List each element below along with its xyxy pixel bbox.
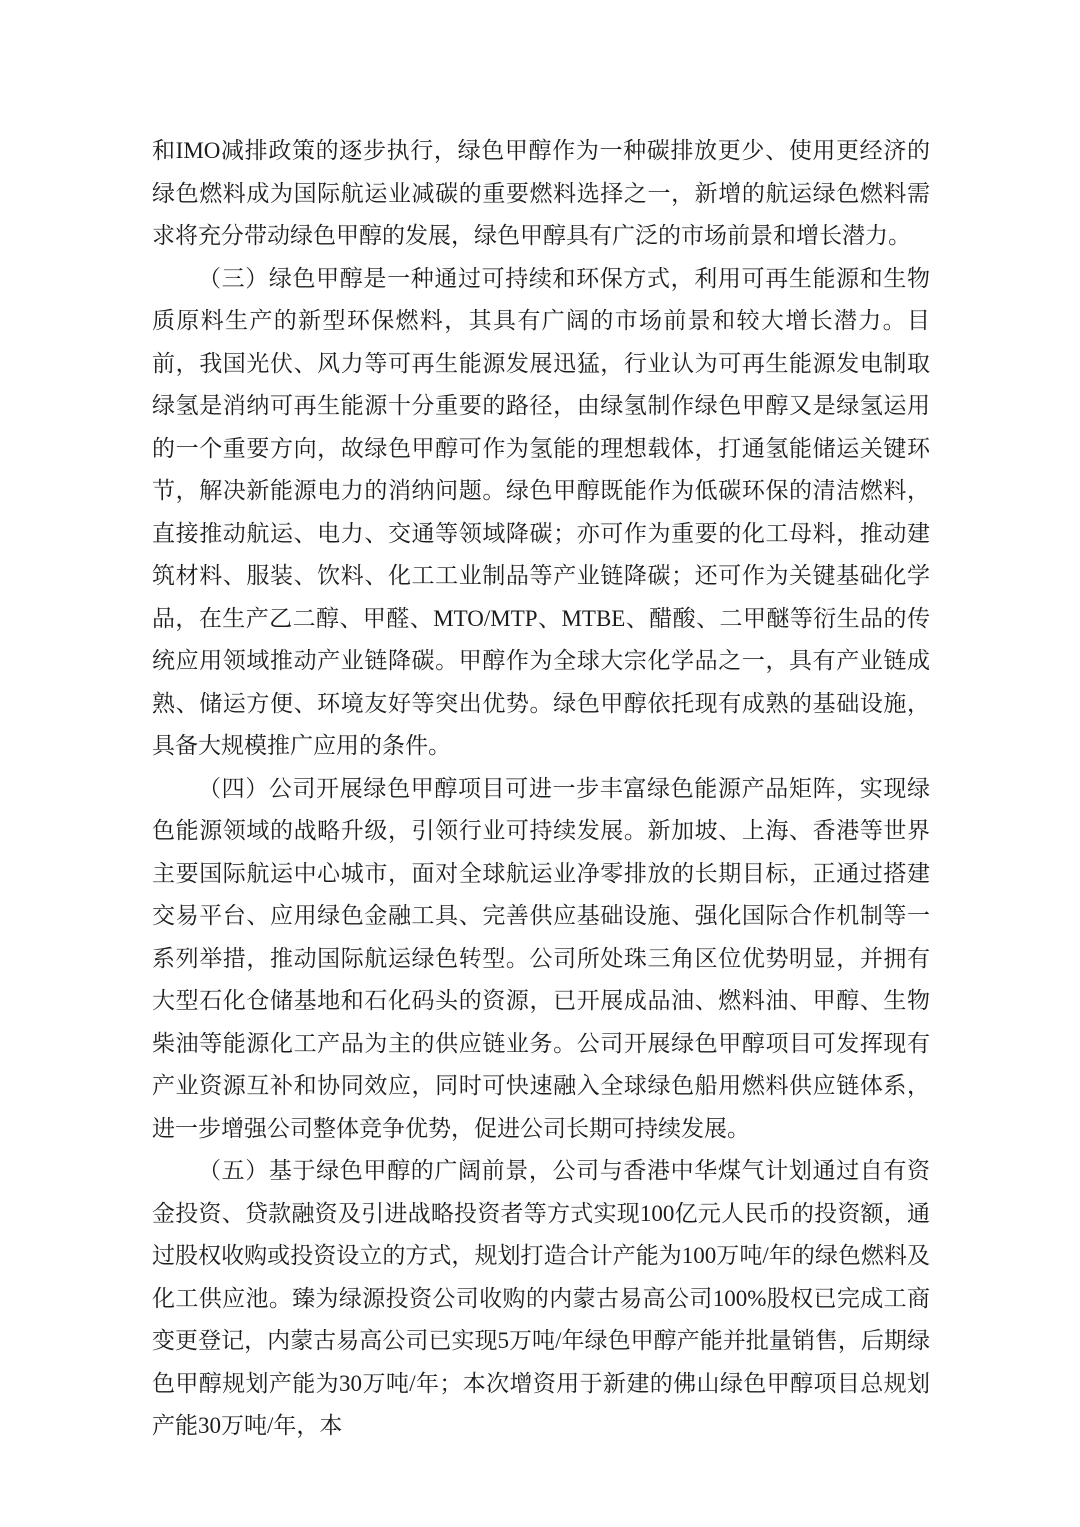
paragraph-continued-from-previous-page: 和IMO减排政策的逐步执行，绿色甲醇作为一种碳排放更少、使用更经济的绿色燃料成为… bbox=[152, 130, 930, 258]
paragraph-section-three: （三）绿色甲醇是一种通过可持续和环保方式，利用可再生能源和生物质原料生产的新型环… bbox=[152, 258, 930, 768]
paragraph-section-five: （五）基于绿色甲醇的广阔前景，公司与香港中华煤气计划通过自有资金投资、贷款融资及… bbox=[152, 1150, 930, 1448]
document-page: 和IMO减排政策的逐步执行，绿色甲醇作为一种碳排放更少、使用更经济的绿色燃料成为… bbox=[152, 130, 930, 1448]
paragraph-section-four: （四）公司开展绿色甲醇项目可进一步丰富绿色能源产品矩阵，实现绿色能源领域的战略升… bbox=[152, 768, 930, 1151]
